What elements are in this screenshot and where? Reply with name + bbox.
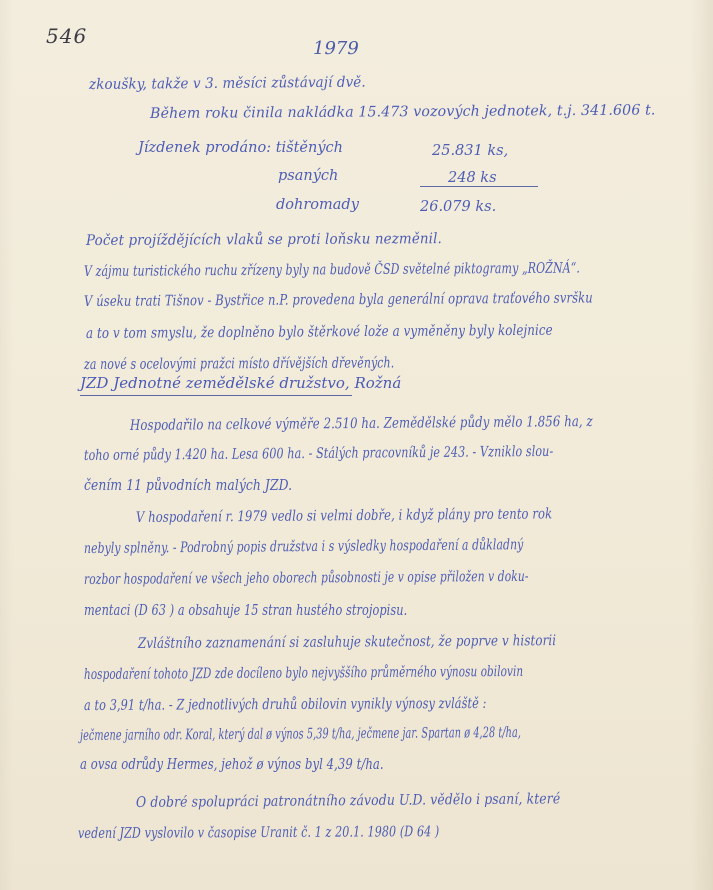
text-line: V zájmu turistického ruchu zřízeny byly …	[84, 261, 580, 280]
year-heading: 1979	[313, 38, 359, 59]
text-line: Během roku činila nakládka 15.473 vozový…	[150, 102, 656, 122]
text-line: rozbor hospodaření ve všech jeho oborech…	[84, 569, 529, 588]
text-line: nebyly splněny. - Podrobný popis družstv…	[84, 537, 523, 557]
text-line: mentaci (D 63 ) a obsahuje 15 stran hust…	[84, 603, 407, 619]
text-line: čením 11 původních malých JZD.	[84, 478, 292, 494]
text-line: za nové s ocelovými pražci místo dřívějš…	[84, 355, 394, 373]
text-line: Zvláštního zaznamenání si zasluhuje skut…	[138, 633, 556, 652]
sum-underline	[420, 186, 538, 187]
text-line: vedení JZD vyslovilo v časopise Uranit č…	[78, 824, 439, 842]
tickets-handwritten-label: psaných	[278, 168, 338, 184]
text-line: ječmene jarního odr. Koral, který dal ø …	[80, 725, 521, 744]
text-line: hospodaření tohoto JZD zde docíleno bylo…	[84, 664, 523, 683]
text-line: zkoušky, takže v 3. měsíci zůstávají dvě…	[89, 75, 366, 93]
text-line: a to v tom smyslu, že doplněno bylo štěr…	[86, 323, 553, 342]
text-line: Počet projíždějících vlaků se proti loňs…	[86, 231, 442, 249]
tickets-label: Jízdenek prodáno: tištěných	[138, 140, 343, 156]
text-line: toho orné půdy 1.420 ha. Lesa 600 ha. - …	[84, 444, 553, 464]
section-heading-jzd: JZD Jednotné zemědělské družstvo, Rožná	[80, 374, 352, 396]
tickets-total-label: dohromady	[276, 197, 359, 213]
text-line: a ovsa odrůdy Hermes, jehož ø výnos byl …	[80, 757, 384, 773]
tickets-printed-value: 25.831 ks,	[432, 143, 508, 159]
text-line: O dobré spolupráci patronátního závodu U…	[136, 791, 560, 811]
handwritten-chronicle-page: 546 1979 zkoušky, takže v 3. měsíci zůst…	[0, 0, 713, 890]
text-line: V hospodaření r. 1979 vedlo si velmi dob…	[136, 506, 552, 526]
tickets-total-value: 26.079 ks.	[420, 199, 496, 215]
text-line: a to 3,91 t/ha. - Z jednotlivých druhů o…	[84, 696, 487, 714]
text-line: Hospodařilo na celkové výměře 2.510 ha. …	[130, 414, 593, 434]
page-number: 546	[46, 24, 87, 48]
tickets-handwritten-value: 248 ks	[448, 170, 497, 186]
text-line: V úseku trati Tišnov - Bystřice n.P. pro…	[84, 290, 593, 310]
